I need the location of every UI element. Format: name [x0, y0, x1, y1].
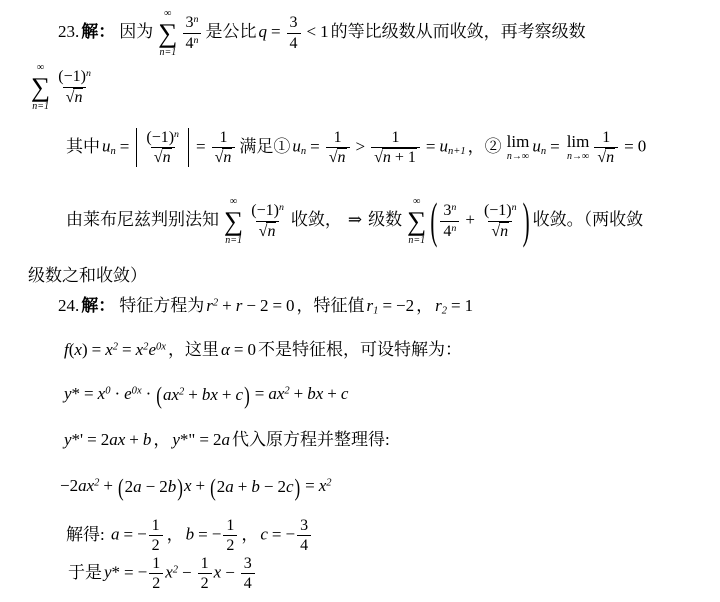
- math-operator: =: [123, 525, 133, 544]
- math-text: (−1): [146, 129, 174, 146]
- math-variable: n: [338, 149, 346, 166]
- summation-sigma: ∞∑n=1: [407, 196, 426, 246]
- superscript: 2: [94, 478, 99, 489]
- line-conclusion-convergence: 由莱布尼兹判别法知∞∑n=1(−1)n√n收敛，⇒级数∞∑n=1(3n4n+(−…: [64, 196, 645, 246]
- fraction: (−1)n√n: [481, 201, 520, 240]
- numerator: 1: [198, 554, 212, 573]
- math-variable: y: [104, 563, 112, 582]
- math-operator: +: [222, 385, 232, 404]
- numerator: 3n: [183, 13, 202, 32]
- chinese-text: ，这里: [168, 340, 219, 359]
- math-variable: x: [165, 563, 173, 582]
- math-text: 4: [290, 35, 298, 52]
- math-variable: n: [606, 149, 614, 166]
- math-text: −2: [60, 476, 78, 495]
- math-variable: n: [267, 223, 275, 240]
- math-solution-document: 23.解：因为∞∑n=13n4n是公比q=34<1的等比级数从而收敛，再考察级数…: [0, 0, 720, 602]
- math-text: −: [138, 563, 148, 582]
- chinese-text: ，特征值: [297, 296, 365, 315]
- radicand: n: [605, 148, 615, 166]
- superscript: 2: [173, 564, 178, 575]
- fraction: 3n4n: [440, 201, 459, 240]
- math-variable: b: [186, 525, 195, 544]
- open-paren: (: [430, 196, 437, 245]
- line-23-intro: 23.解：因为∞∑n=13n4n是公比q=34<1的等比级数从而收敛，再考察级数: [58, 8, 588, 58]
- line-leibniz-conditions: 其中un=(−1)n√n=1√n满足①un=1√n>1√n+1=un+1，②li…: [64, 128, 646, 167]
- math-text: 2: [101, 430, 110, 449]
- math-text: 2: [152, 537, 160, 554]
- math-text: 4: [244, 575, 252, 592]
- chinese-text: ，: [167, 525, 184, 544]
- numerator: (−1)n: [481, 201, 520, 220]
- math-text: 1: [320, 22, 329, 41]
- math-variable: r: [206, 296, 213, 315]
- square-root: √n: [66, 88, 84, 107]
- square-root: √n: [215, 148, 233, 167]
- math-operator: +: [103, 476, 113, 495]
- paren-group: (2a+b−2c): [210, 477, 300, 497]
- numerator: 1: [599, 128, 613, 147]
- chinese-text: ，②: [468, 137, 502, 156]
- math-variable: bx: [307, 384, 323, 403]
- denominator: 4: [287, 33, 301, 53]
- math-variable: a: [133, 477, 142, 496]
- fraction: (−1)n√n: [55, 67, 94, 106]
- math-operator: +: [395, 149, 404, 166]
- math-operator: ·: [114, 384, 120, 403]
- math-variable: b: [168, 477, 177, 496]
- math-text: 24.: [58, 296, 79, 315]
- superscript: 2: [326, 478, 331, 489]
- fraction: 1√n: [594, 128, 618, 167]
- math-operator: +: [222, 296, 232, 315]
- superscript: n: [512, 202, 517, 213]
- radical-sign: √: [329, 149, 337, 166]
- math-operator: −: [264, 477, 274, 496]
- math-text: *': [72, 430, 84, 449]
- limit: limn→∞: [567, 133, 590, 162]
- denominator: 4: [297, 535, 311, 555]
- denominator: √n+1: [371, 147, 420, 167]
- math-text: 1: [226, 517, 234, 534]
- math-text: 2: [260, 296, 269, 315]
- fraction: 34: [287, 13, 301, 52]
- fraction: 12: [149, 554, 163, 593]
- limit: limn→∞: [507, 133, 530, 162]
- math-variable: x: [214, 563, 222, 582]
- radicand: n: [162, 148, 172, 166]
- fraction: (−1)n√n: [143, 128, 182, 167]
- math-variable: c: [341, 384, 349, 403]
- math-operator: =: [305, 476, 315, 495]
- close-paren: ): [523, 196, 530, 245]
- denominator: 2: [149, 573, 163, 593]
- fraction: 12: [198, 554, 212, 593]
- math-variable: a: [225, 477, 234, 496]
- math-text: 2: [125, 477, 134, 496]
- math-text: 2: [201, 575, 209, 592]
- math-operator: =: [87, 430, 97, 449]
- math-variable: α: [221, 340, 230, 359]
- numerator: 3n: [440, 201, 459, 220]
- math-variable: u: [102, 137, 111, 156]
- numerator: (−1)n: [248, 201, 287, 220]
- line-conclusion-wrap: 级数之和收敛）: [26, 266, 149, 286]
- math-text: ): [82, 340, 88, 359]
- math-operator: =: [120, 137, 130, 156]
- fraction: 34: [241, 554, 255, 593]
- math-operator: =: [198, 525, 208, 544]
- radical-sign: √: [374, 149, 382, 166]
- superscript: n: [451, 223, 456, 234]
- chinese-text: ，: [153, 430, 170, 449]
- math-text: −: [212, 525, 222, 544]
- math-variable: r: [236, 296, 243, 315]
- math-variable: n: [500, 223, 508, 240]
- math-operator: +: [195, 476, 205, 495]
- math-text: 2: [159, 477, 168, 496]
- math-variable: x: [74, 340, 82, 359]
- sigma-symbol: ∑: [407, 208, 426, 235]
- line-24-intro: 24.解：特征方程为r2+r−2=0，特征值r1=−2，r2=1: [58, 296, 473, 318]
- superscript: 0: [105, 386, 110, 397]
- math-text: 1: [392, 129, 400, 146]
- paren-group: (ax2+bx+c): [156, 385, 249, 405]
- math-operator: +: [129, 430, 139, 449]
- math-text: 4: [300, 537, 308, 554]
- math-text: (−1): [58, 68, 86, 85]
- superscript: n: [194, 35, 199, 46]
- fraction: 1√n+1: [371, 128, 420, 167]
- math-variable: ax: [109, 430, 125, 449]
- chinese-text: 由莱布尼兹判别法知: [66, 210, 219, 229]
- chinese-text: ，: [416, 296, 433, 315]
- denominator: 4n: [183, 33, 202, 53]
- paren-group: (3n4n+(−1)n√n): [430, 201, 529, 240]
- radicand: n: [73, 88, 83, 106]
- math-operator: >: [356, 137, 366, 156]
- numerator: 1: [216, 128, 230, 147]
- absolute-value: (−1)n√n: [136, 128, 189, 167]
- math-text: 2: [277, 477, 286, 496]
- sum-lower-limit: n=1: [225, 235, 242, 247]
- math-operator: =: [234, 340, 244, 359]
- square-root: √n: [329, 148, 347, 167]
- math-operator: =: [624, 137, 634, 156]
- superscript: n: [174, 129, 179, 140]
- radicand: n: [499, 222, 509, 240]
- square-root: √n: [491, 222, 509, 241]
- line-fx-definition: f(x)=x2=x2e0x，这里α=0不是特征根，可设特解为：: [64, 340, 464, 360]
- fraction: 3n4n: [183, 13, 202, 52]
- math-text: 1: [465, 296, 474, 315]
- line-solved-coefficients: 解得: a=−12，b=−12，c=−34: [64, 516, 313, 555]
- subscript: n+1: [448, 146, 466, 157]
- denominator: 4n: [440, 221, 459, 241]
- math-operator: +: [465, 210, 475, 229]
- sigma-symbol: ∑: [31, 74, 50, 101]
- denominator: √n: [63, 87, 87, 107]
- chinese-text: 特征方程为: [119, 296, 204, 315]
- math-operator: =: [271, 22, 281, 41]
- math-variable: b: [143, 430, 152, 449]
- math-text: *": [180, 430, 195, 449]
- denominator: 2: [198, 573, 212, 593]
- numerator: 1: [223, 516, 237, 535]
- math-variable: ax: [163, 385, 179, 404]
- math-operator: ·: [146, 384, 152, 403]
- denominator: √n: [488, 221, 512, 241]
- open-paren: (: [156, 383, 162, 408]
- line-final-particular-solution: 于是y*=−12x2−12x−34: [66, 554, 257, 593]
- math-text: 0: [638, 137, 647, 156]
- sum-lower-limit: n=1: [32, 101, 49, 113]
- numerator: (−1)n: [55, 67, 94, 86]
- chinese-text: 因为: [119, 22, 153, 41]
- superscript: n: [86, 68, 91, 79]
- math-text: 3: [186, 14, 194, 31]
- math-variable: y: [64, 384, 72, 403]
- limit-subscript: n→∞: [567, 151, 589, 162]
- math-variable: n: [223, 149, 231, 166]
- radicand: n: [337, 148, 347, 166]
- radicand: n+1: [382, 148, 417, 166]
- subscript: n: [541, 146, 546, 157]
- math-operator: +: [327, 384, 337, 403]
- math-variable: ax: [268, 384, 284, 403]
- superscript: 2: [113, 342, 118, 353]
- math-variable: n: [383, 149, 391, 166]
- numerator: 3: [241, 554, 255, 573]
- math-operator: =: [199, 430, 209, 449]
- chinese-text: 满足①: [239, 137, 290, 156]
- math-variable: n: [163, 149, 171, 166]
- math-text: 2: [226, 537, 234, 554]
- math-text: 4: [186, 35, 194, 52]
- radicand: n: [222, 148, 232, 166]
- superscript: n: [194, 14, 199, 25]
- close-paren: ): [177, 475, 183, 500]
- math-text: 2: [217, 477, 226, 496]
- math-text: 1: [152, 555, 160, 572]
- math-text: −: [137, 525, 147, 544]
- numerator: 1: [389, 128, 403, 147]
- open-paren: (: [210, 475, 216, 500]
- paren-content: 2a+b−2c: [216, 477, 295, 497]
- denominator: 4: [241, 573, 255, 593]
- math-text: *: [72, 384, 81, 403]
- math-variable: u: [440, 137, 449, 156]
- subscript: n: [111, 146, 116, 157]
- fraction: (−1)n√n: [248, 201, 287, 240]
- math-variable: c: [236, 385, 244, 404]
- math-variable: c: [286, 477, 294, 496]
- chinese-text-bold: 解：: [81, 296, 115, 315]
- numerator: 1: [149, 554, 163, 573]
- math-operator: −: [146, 477, 156, 496]
- math-operator: ⇒: [348, 210, 362, 229]
- chinese-text: 收敛。（两收敛: [533, 210, 644, 229]
- math-operator: =: [122, 340, 132, 359]
- math-variable: u: [532, 137, 541, 156]
- math-text: 1: [219, 129, 227, 146]
- math-operator: =: [196, 137, 206, 156]
- radical-sign: √: [154, 149, 162, 166]
- math-variable: a: [221, 430, 230, 449]
- denominator: √n: [594, 147, 618, 167]
- fraction: 1√n: [212, 128, 236, 167]
- line-substituted-equation: −2ax2+(2a−2b)x+(2a+b−2c)=x2: [60, 476, 332, 497]
- chinese-text: 不是特征根，可设特解为：: [258, 340, 462, 359]
- close-paren: ): [244, 383, 250, 408]
- math-variable: e: [124, 384, 132, 403]
- line-series-alternating: ∞∑n=1(−1)n√n: [28, 62, 96, 112]
- superscript: 0x: [156, 342, 166, 353]
- chinese-text: 收敛，: [291, 210, 342, 229]
- chinese-text-bold: 解：: [81, 22, 115, 41]
- superscript: n: [279, 202, 284, 213]
- superscript: 2: [284, 386, 289, 397]
- math-variable: ax: [78, 476, 94, 495]
- sigma-symbol: ∑: [158, 20, 177, 47]
- fraction: 1√n: [326, 128, 350, 167]
- math-operator: =: [451, 296, 461, 315]
- denominator: √n: [212, 147, 236, 167]
- fraction: 12: [223, 516, 237, 555]
- chinese-text: 级数之和收敛）: [28, 266, 147, 285]
- math-text: 0: [286, 296, 295, 315]
- close-paren: ): [294, 475, 300, 500]
- math-variable: r: [435, 296, 442, 315]
- paren-content: 3n4n+(−1)n√n: [437, 201, 522, 240]
- math-operator: −: [246, 296, 256, 315]
- fraction: 34: [297, 516, 311, 555]
- open-paren: (: [118, 475, 124, 500]
- math-text: 1: [408, 149, 416, 166]
- line-derivatives: y*'=2ax+b，y*"=2a代入原方程并整理得:: [64, 430, 392, 450]
- math-text: 23.: [58, 22, 79, 41]
- math-operator: <: [307, 22, 317, 41]
- math-variable: bx: [202, 385, 218, 404]
- superscript: 2: [213, 298, 218, 309]
- math-operator: =: [92, 340, 102, 359]
- math-text: (−1): [484, 202, 512, 219]
- math-operator: =: [382, 296, 392, 315]
- limit-subscript: n→∞: [507, 151, 529, 162]
- math-text: 1: [152, 517, 160, 534]
- numerator: 3: [287, 13, 301, 32]
- radical-sign: √: [597, 149, 605, 166]
- chinese-text: 是公比: [205, 22, 256, 41]
- denominator: √n: [326, 147, 350, 167]
- math-variable: e: [148, 340, 156, 359]
- square-root: √n: [259, 222, 277, 241]
- math-operator: −: [225, 563, 235, 582]
- math-operator: =: [272, 525, 282, 544]
- math-text: 3: [290, 14, 298, 31]
- math-text: 1: [334, 129, 342, 146]
- sum-lower-limit: n=1: [160, 47, 177, 59]
- math-variable: q: [258, 22, 267, 41]
- numerator: 1: [149, 516, 163, 535]
- subscript: 2: [442, 306, 447, 317]
- math-operator: =: [255, 384, 265, 403]
- math-variable: x: [184, 476, 192, 495]
- summation-sigma: ∞∑n=1: [31, 62, 50, 112]
- math-variable: c: [260, 525, 268, 544]
- superscript: 2: [179, 387, 184, 398]
- sigma-symbol: ∑: [224, 208, 243, 235]
- math-operator: =: [272, 296, 282, 315]
- paren-group: (2a−2b): [118, 477, 183, 497]
- chinese-text: 其中: [66, 137, 100, 156]
- denominator: √n: [151, 147, 175, 167]
- subscript: n: [301, 146, 306, 157]
- subscript: 1: [373, 306, 378, 317]
- line-particular-solution-form: y*=x0·e0x·(ax2+bx+c)=ax2+bx+c: [64, 384, 348, 405]
- square-root: √n: [154, 148, 172, 167]
- math-variable: n: [74, 89, 82, 106]
- chinese-text: 于是: [68, 563, 102, 582]
- math-operator: +: [238, 477, 248, 496]
- math-operator: =: [124, 563, 134, 582]
- chinese-text: 级数: [368, 210, 402, 229]
- math-text: 3: [300, 517, 308, 534]
- math-variable: a: [111, 525, 120, 544]
- square-root: √n+1: [374, 148, 417, 167]
- math-text: (−1): [251, 202, 279, 219]
- math-text: 3: [244, 555, 252, 572]
- chinese-text: 的等比级数从而收敛，再考察级数: [331, 22, 586, 41]
- numerator: 1: [331, 128, 345, 147]
- math-text: *: [112, 563, 121, 582]
- math-operator: −: [182, 563, 192, 582]
- superscript: 0x: [132, 386, 142, 397]
- math-variable: u: [292, 137, 301, 156]
- limit-word: lim: [567, 133, 590, 150]
- superscript: n: [451, 202, 456, 213]
- math-operator: =: [550, 137, 560, 156]
- paren-content: 2a−2b: [124, 477, 178, 497]
- numerator: 3: [297, 516, 311, 535]
- denominator: 2: [149, 535, 163, 555]
- math-variable: y: [64, 430, 72, 449]
- math-operator: =: [310, 137, 320, 156]
- fraction: 12: [149, 516, 163, 555]
- math-text: 1: [201, 555, 209, 572]
- math-variable: b: [251, 477, 260, 496]
- chinese-text: 解得:: [66, 525, 109, 544]
- denominator: 2: [223, 535, 237, 555]
- math-operator: =: [84, 384, 94, 403]
- summation-sigma: ∞∑n=1: [224, 196, 243, 246]
- math-operator: +: [188, 385, 198, 404]
- chinese-text: 代入原方程并整理得:: [232, 430, 390, 449]
- math-text: −: [286, 525, 296, 544]
- radical-sign: √: [491, 223, 499, 240]
- paren-content: ax2+bx+c: [162, 385, 244, 405]
- radicand: n: [266, 222, 276, 240]
- math-text: 1: [602, 129, 610, 146]
- limit-word: lim: [507, 133, 530, 150]
- sum-lower-limit: n=1: [408, 235, 425, 247]
- numerator: (−1)n: [143, 128, 182, 147]
- summation-sigma: ∞∑n=1: [158, 8, 177, 58]
- math-text: −2: [396, 296, 414, 315]
- denominator: √n: [256, 221, 280, 241]
- square-root: √n: [597, 148, 615, 167]
- math-variable: y: [172, 430, 180, 449]
